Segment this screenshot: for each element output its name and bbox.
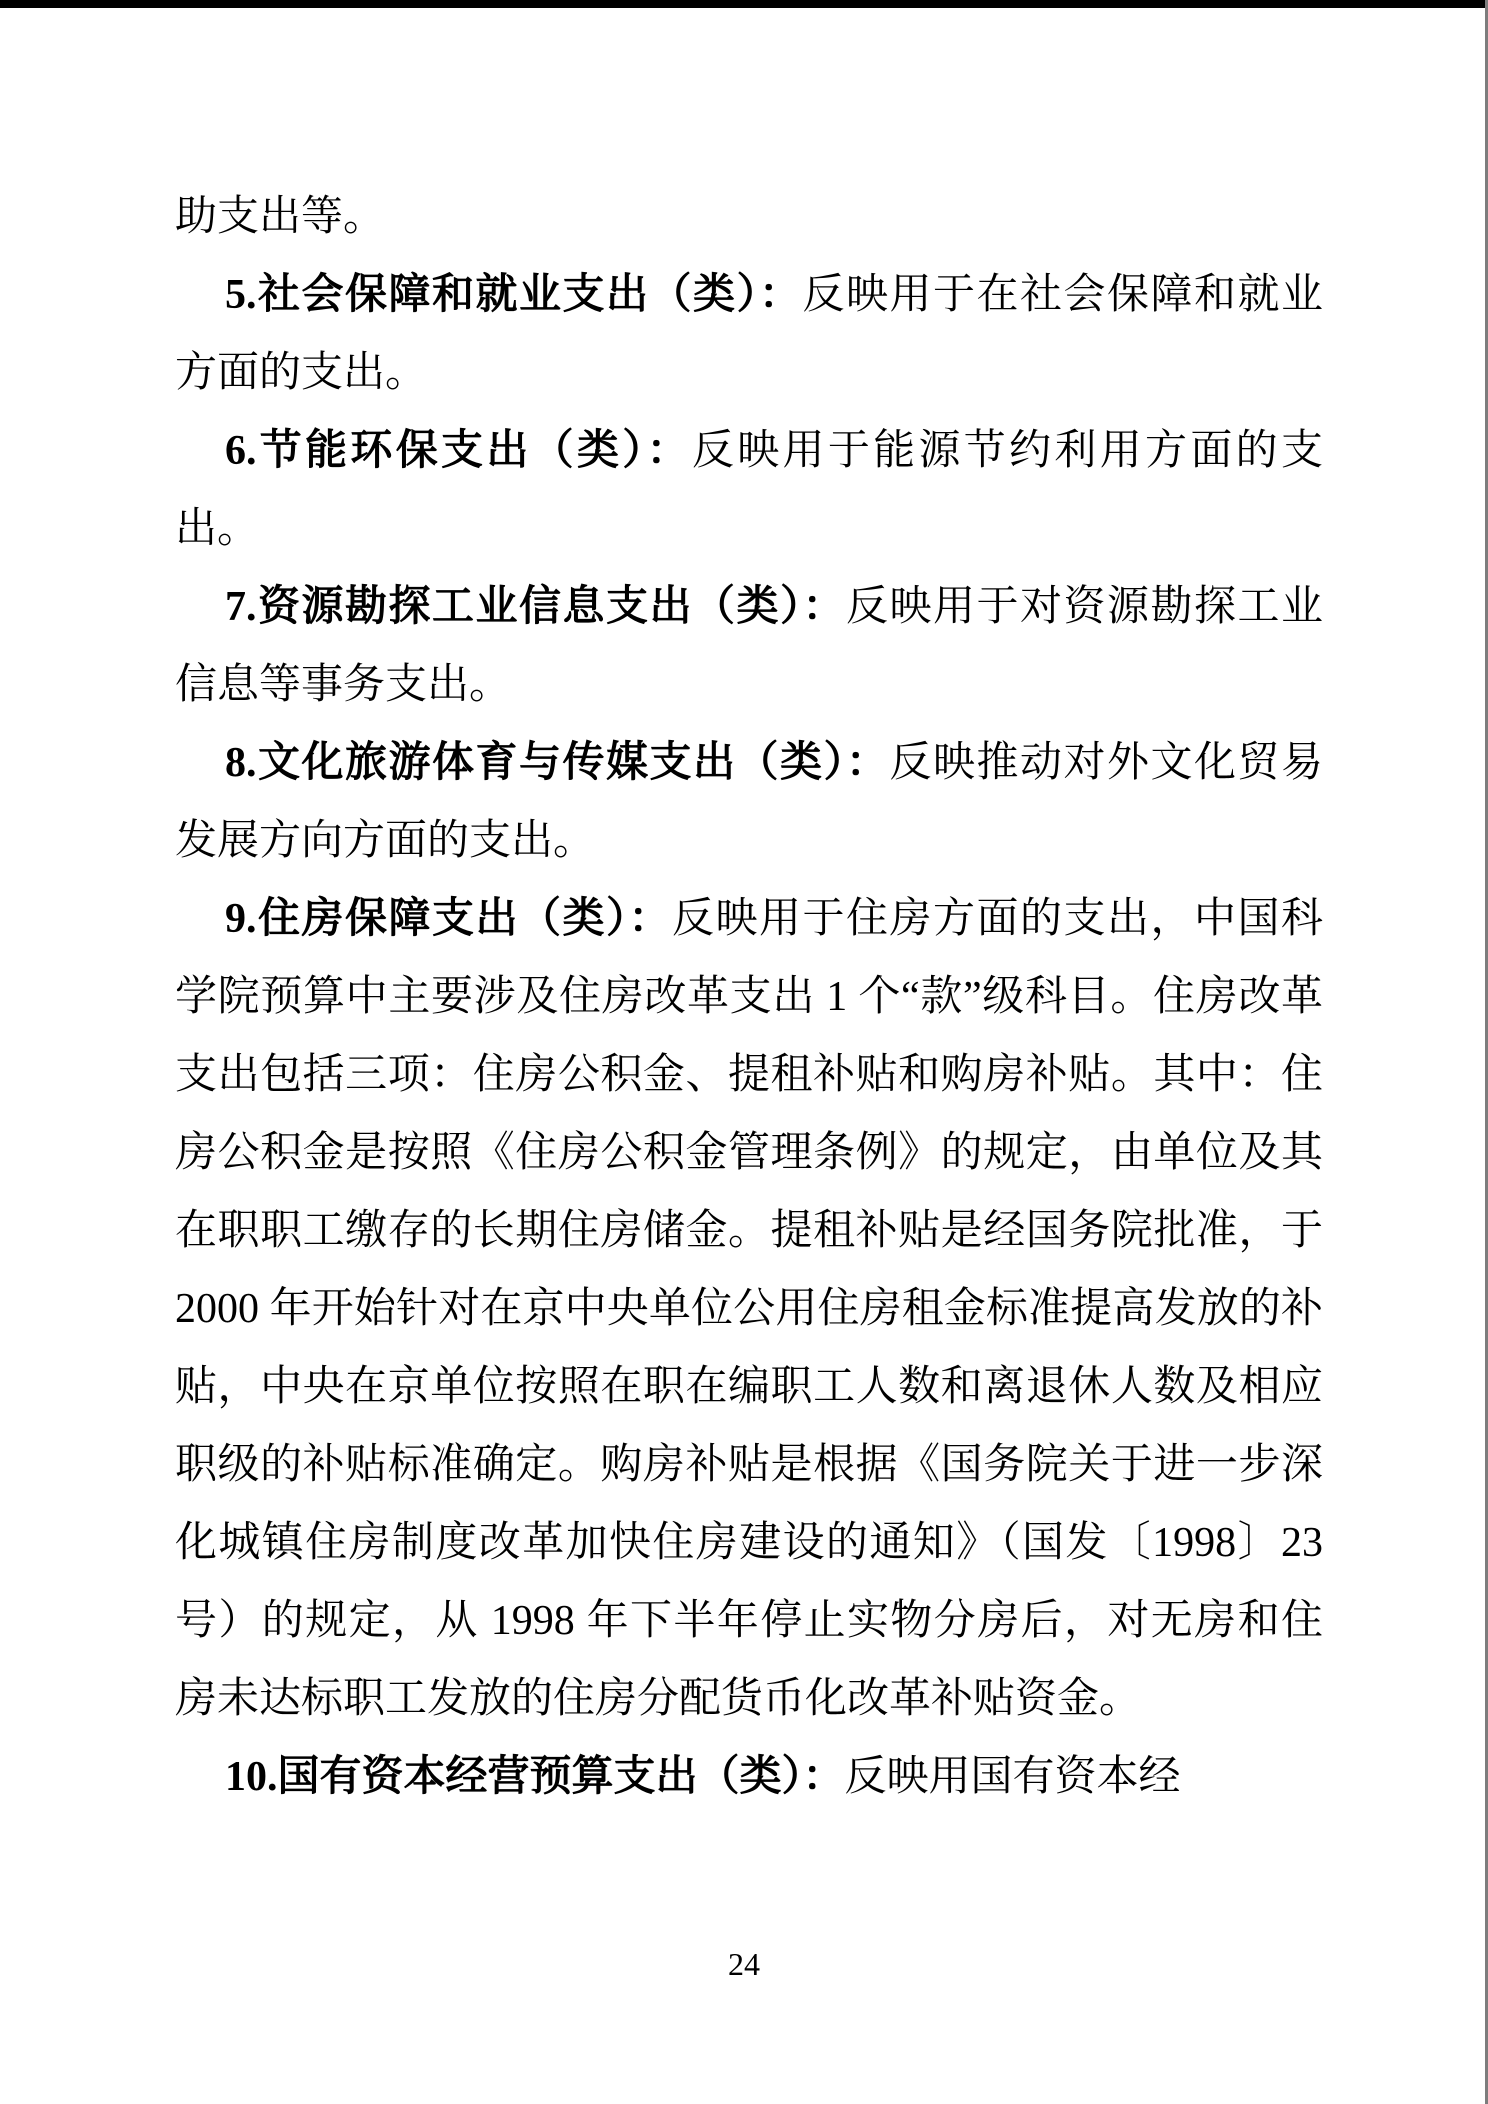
paragraph-heading: 10.国有资本经营预算支出（类）：: [225, 1754, 845, 1800]
paragraph-text: 反映用于住房方面的支出，中国科学院预算中主要涉及住房改革支出 1 个“款”级科目…: [175, 896, 1323, 1722]
page-number: 24: [0, 1946, 1488, 1982]
paragraph-heading: 7.资源勘探工业信息支出（类）：: [225, 584, 846, 630]
page-top-border: [0, 0, 1488, 8]
paragraph-heading: 6.节能环保支出（类）：: [225, 428, 692, 474]
paragraph-continuation: 助支出等。: [175, 178, 1323, 256]
paragraph-heading: 9.住房保障支出（类）：: [225, 896, 672, 942]
paragraph-item-8: 8.文化旅游体育与传媒支出（类）：反映推动对外文化贸易发展方向方面的支出。: [175, 724, 1323, 880]
paragraph-heading: 5.社会保障和就业支出（类）：: [225, 272, 802, 318]
paragraph-heading: 8.文化旅游体育与传媒支出（类）：: [225, 740, 889, 786]
document-body: 助支出等。 5.社会保障和就业支出（类）：反映用于在社会保障和就业方面的支出。 …: [175, 178, 1323, 1816]
document-page: 助支出等。 5.社会保障和就业支出（类）：反映用于在社会保障和就业方面的支出。 …: [0, 0, 1488, 2104]
paragraph-text: 助支出等。: [175, 194, 385, 240]
paragraph-item-5: 5.社会保障和就业支出（类）：反映用于在社会保障和就业方面的支出。: [175, 256, 1323, 412]
paragraph-text: 反映用国有资本经: [845, 1754, 1181, 1800]
paragraph-item-10: 10.国有资本经营预算支出（类）：反映用国有资本经: [175, 1738, 1323, 1816]
paragraph-item-6: 6.节能环保支出（类）：反映用于能源节约利用方面的支出。: [175, 412, 1323, 568]
paragraph-item-7: 7.资源勘探工业信息支出（类）：反映用于对资源勘探工业信息等事务支出。: [175, 568, 1323, 724]
paragraph-item-9: 9.住房保障支出（类）：反映用于住房方面的支出，中国科学院预算中主要涉及住房改革…: [175, 880, 1323, 1738]
